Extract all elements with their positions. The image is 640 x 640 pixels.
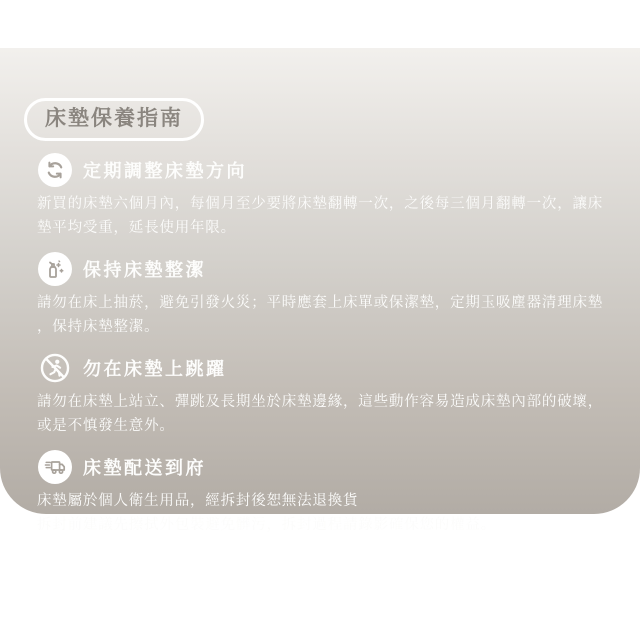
section-no-jumping: 勿在床墊上跳躍 請勿在床墊上站立、彈跳及長期坐於床墊邊緣，這些動作容易造成床墊內… — [24, 351, 610, 438]
section-keep-clean: 保持床墊整潔 請勿在床上抽菸，避免引發火災；平時應套上床單或保潔墊，定期玉吸塵器… — [24, 252, 610, 339]
delivery-truck-icon — [38, 450, 72, 484]
section-body: 請勿在床墊上站立、彈跳及長期坐於床墊邊緣，這些動作容易造成床墊內部的破壞， 或是… — [37, 390, 610, 438]
section-body: 新買的床墊六個月內，每個月至少要將床墊翻轉一次，之後每三個月翻轉一次，讓床 墊平… — [37, 192, 610, 240]
section-body: 床墊屬於個人衛生用品，經拆封後恕無法退換貨 拆封前建議先擦拭外包裝避免髒污，拆封… — [37, 489, 610, 537]
no-jumping-icon — [38, 351, 72, 385]
body-line: 拆封前建議先擦拭外包裝避免髒污，拆封過程請錄影確保您的權益。 — [37, 513, 610, 537]
body-line: 新買的床墊六個月內，每個月至少要將床墊翻轉一次，之後每三個月翻轉一次，讓床 — [37, 192, 610, 216]
body-line: 請勿在床墊上站立、彈跳及長期坐於床墊邊緣，這些動作容易造成床墊內部的破壞， — [37, 390, 610, 414]
section-body: 請勿在床上抽菸，避免引發火災；平時應套上床單或保潔墊，定期玉吸塵器清理床墊 ，保… — [37, 291, 610, 339]
section-heading: 定期調整床墊方向 — [83, 157, 247, 183]
section-heading: 床墊配送到府 — [83, 454, 206, 480]
section-delivery: 床墊配送到府 床墊屬於個人衛生用品，經拆封後恕無法退換貨 拆封前建議先擦拭外包裝… — [24, 450, 610, 537]
page-title: 床墊保養指南 — [24, 98, 204, 141]
body-line: 請勿在床上抽菸，避免引發火災；平時應套上床單或保潔墊，定期玉吸塵器清理床墊 — [37, 291, 610, 315]
cleaning-spray-icon — [38, 252, 72, 286]
section-header: 床墊配送到府 — [38, 450, 610, 484]
care-guide-card: 床墊保養指南 定期調整床墊方向 新買的床墊六個月內，每個月至少要將床墊翻轉一次，… — [0, 48, 640, 514]
body-line: 床墊屬於個人衛生用品，經拆封後恕無法退換貨 — [37, 489, 610, 513]
rotate-arrows-icon — [38, 153, 72, 187]
section-header: 保持床墊整潔 — [38, 252, 610, 286]
section-header: 勿在床墊上跳躍 — [38, 351, 610, 385]
section-header: 定期調整床墊方向 — [38, 153, 610, 187]
section-rotate-mattress: 定期調整床墊方向 新買的床墊六個月內，每個月至少要將床墊翻轉一次，之後每三個月翻… — [24, 153, 610, 240]
body-line: ，保持床墊整潔。 — [37, 315, 610, 339]
section-heading: 保持床墊整潔 — [83, 256, 206, 282]
body-line: 或是不慎發生意外。 — [37, 414, 610, 438]
body-line: 墊平均受重，延長使用年限。 — [37, 216, 610, 240]
section-heading: 勿在床墊上跳躍 — [83, 355, 227, 381]
